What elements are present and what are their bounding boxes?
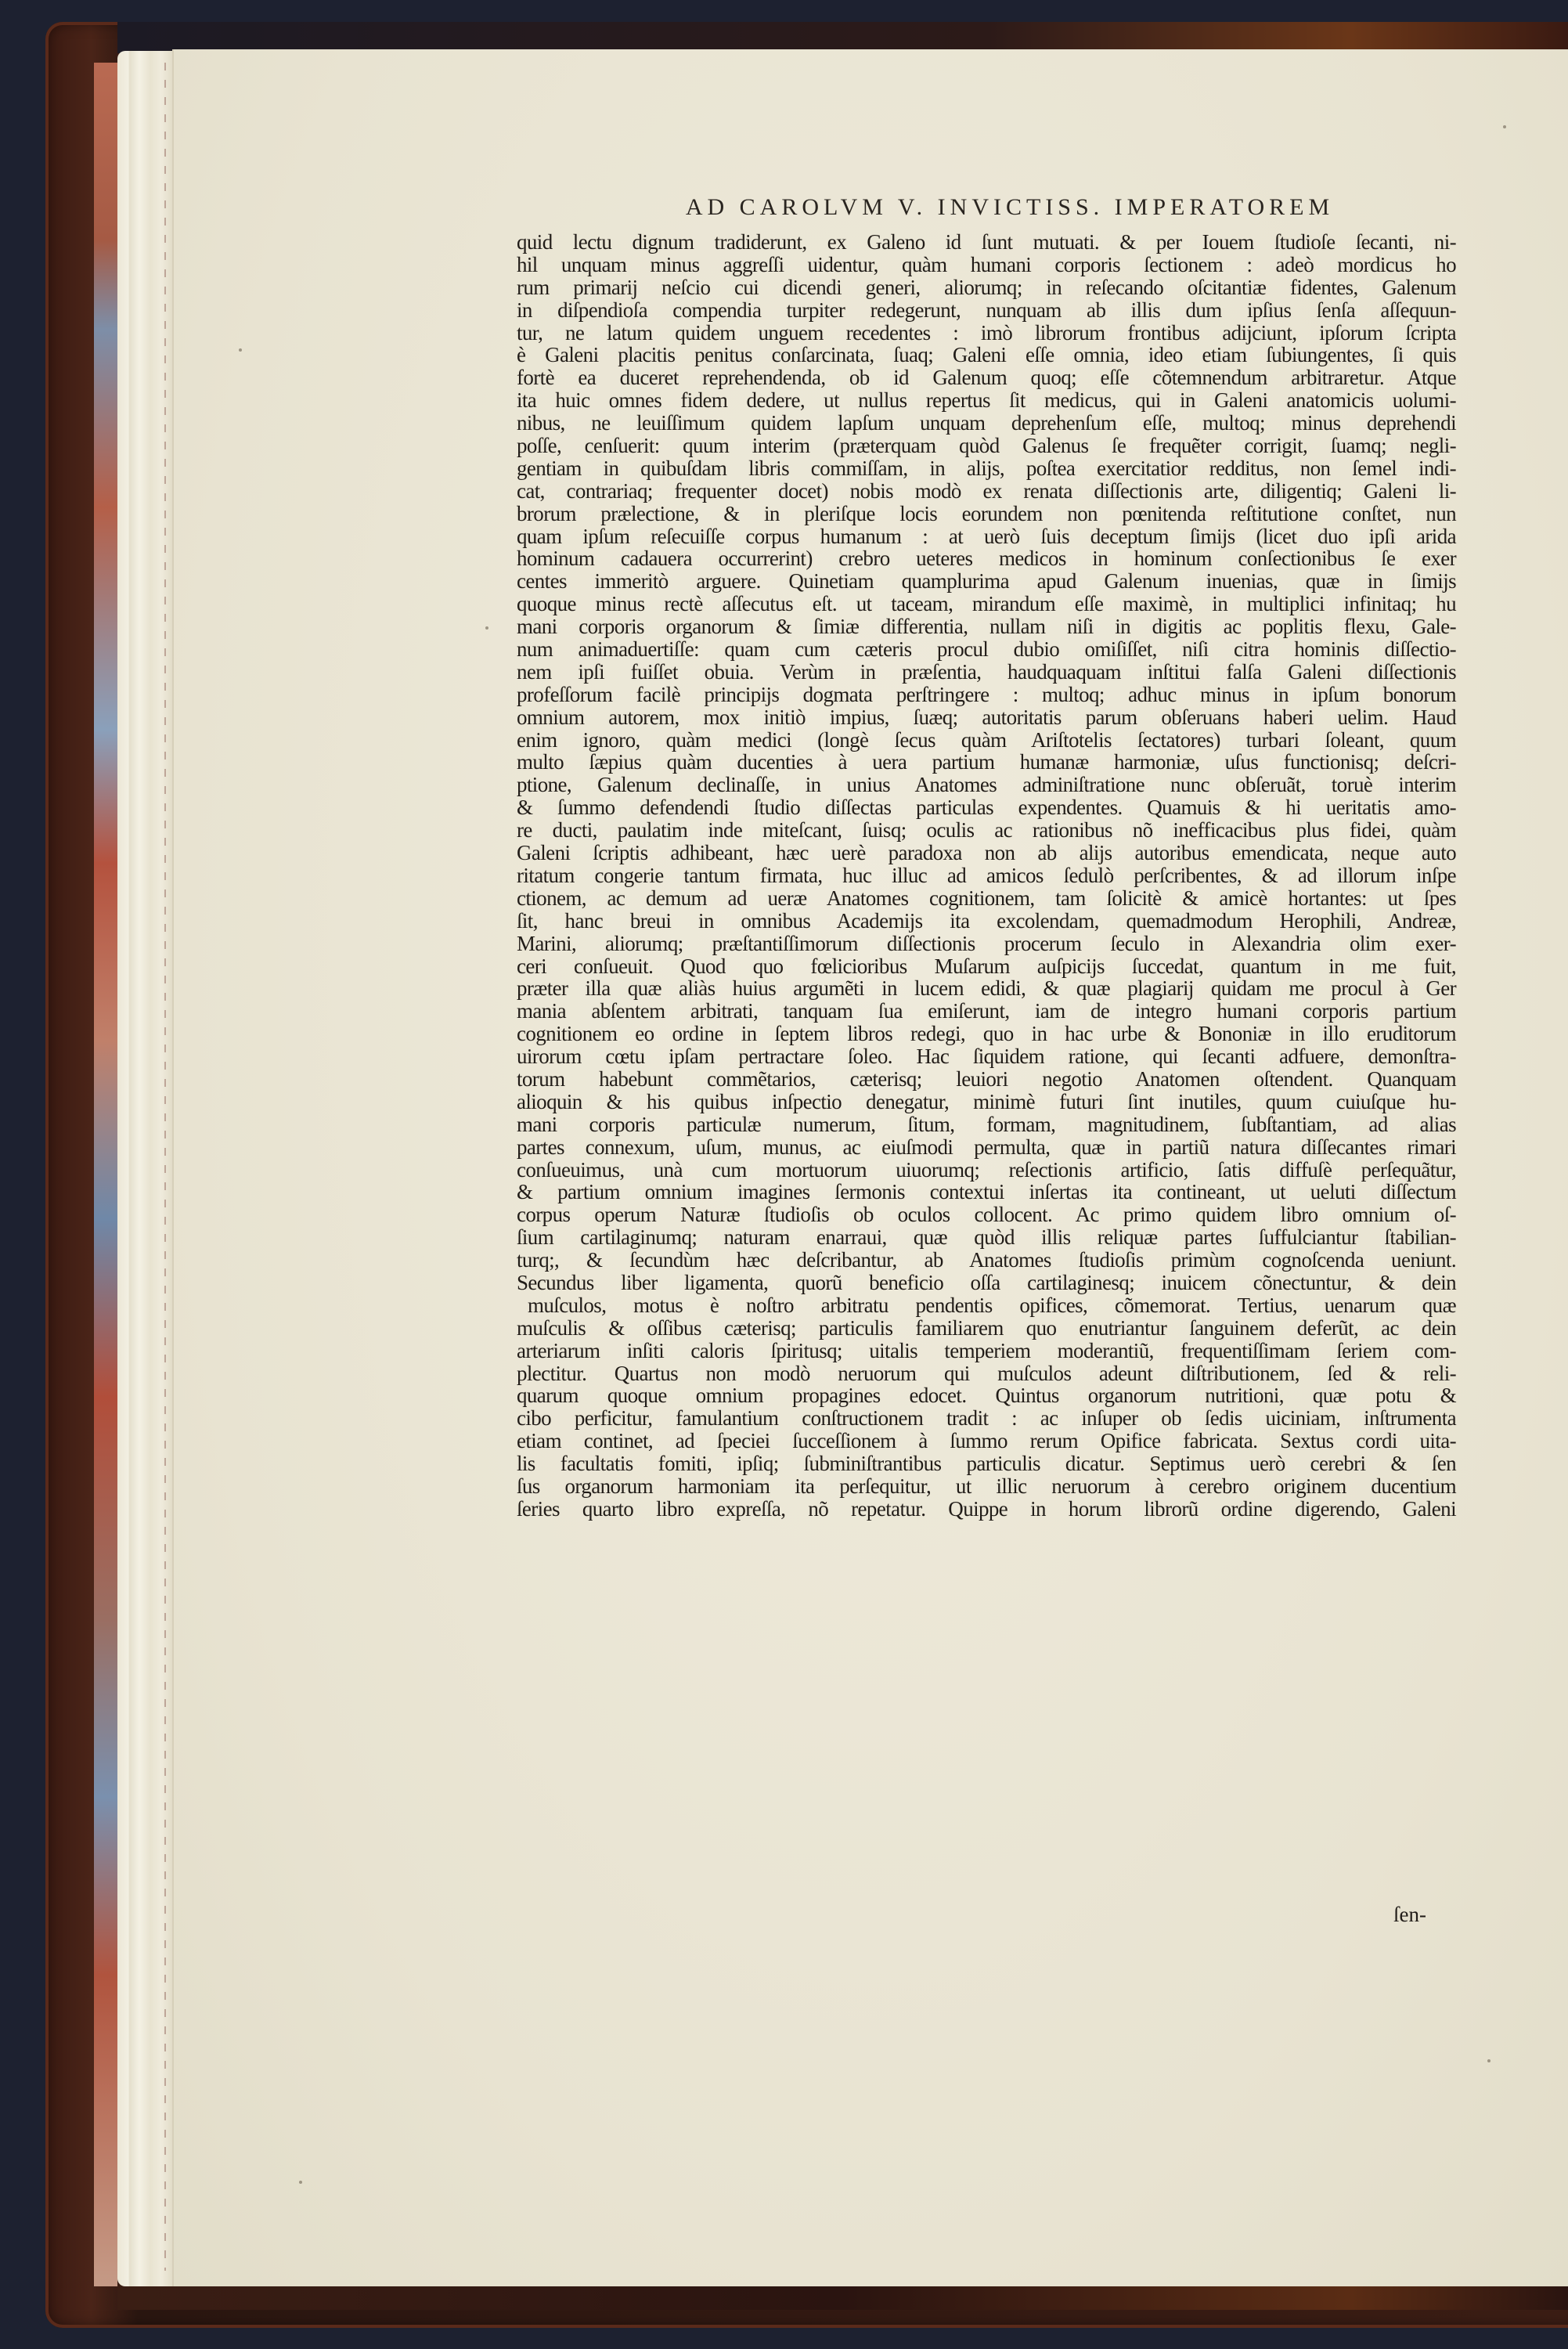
text-line: uirorum cœtu ipſam pertractare ſoleo. Ha…	[517, 1045, 1456, 1068]
text-line: cibo perficitur, famulantium conſtructio…	[517, 1407, 1456, 1430]
text-line: ritatum congerie tantum firmata, huc ill…	[517, 864, 1456, 887]
text-line: Galeni ſcriptis adhibeant, hæc uerè para…	[517, 842, 1456, 864]
catchword: ſen-	[1393, 1903, 1426, 1927]
body-text: quid lectu dignum tradiderunt, ex Galeno…	[517, 231, 1456, 1521]
text-line: cat, contrariaq; frequenter docet) nobis…	[517, 480, 1456, 503]
text-line: ſium cartilaginumq; naturam enarraui, qu…	[517, 1226, 1456, 1249]
binding-top-edge	[117, 22, 1568, 53]
text-line: lis facultatis fomiti, ipſiq; ſubminiſtr…	[517, 1452, 1456, 1475]
text-line: mania abſentem arbitrati, tanquam ſua em…	[517, 1000, 1456, 1023]
text-line: muſculos, motus è noſtro arbitratu pende…	[517, 1294, 1456, 1317]
text-line: tur, ne latum quidem unguem recedentes :…	[517, 322, 1456, 345]
text-line: mani corporis particulæ numerum, ſitum, …	[517, 1113, 1456, 1136]
text-line: brorum prælectione, & in pleriſque locis…	[517, 503, 1456, 525]
text-line: enim ignoro, quàm medici (longè ſecus qu…	[517, 729, 1456, 752]
text-line: torum habebunt commẽtarios, cæterisq; le…	[517, 1068, 1456, 1091]
text-line: ita huic omnes fidem dedere, ut nullus r…	[517, 389, 1456, 412]
text-line: Secundus liber ligamenta, quorũ benefici…	[517, 1272, 1456, 1294]
text-line: ctionem, ac demum ad ueræ Anatomes cogni…	[517, 887, 1456, 910]
text-line: muſculis & oſſibus cæterisq; particulis …	[517, 1317, 1456, 1340]
gutter-stitching	[164, 63, 166, 2271]
text-line: quarum quoque omnium propagines edocet. …	[517, 1384, 1456, 1407]
text-line: fortè ea duceret reprehendenda, ob id Ga…	[517, 366, 1456, 389]
text-line: omnium autorem, mox initiò impius, ſuæq;…	[517, 706, 1456, 729]
paper-speck	[1503, 125, 1506, 128]
text-line: nem ipſi fuiſſet obuia. Verùm in præſent…	[517, 661, 1456, 684]
text-line: ceri conſueuit. Quod quo fœlicioribus Mu…	[517, 955, 1456, 978]
paper-speck	[239, 348, 242, 352]
text-line: arteriarum inſiti caloris ſpiritusq; uit…	[517, 1340, 1456, 1362]
text-line: quoque minus rectè aſſecutus eſt. ut tac…	[517, 593, 1456, 615]
text-line: quam ipſum reſecuiſſe corpus humanum : a…	[517, 525, 1456, 548]
text-line: num animaduertiſſe: quam cum cæteris pro…	[517, 638, 1456, 661]
marbled-endpaper	[94, 63, 117, 2286]
paper-speck	[485, 626, 488, 630]
text-line: & ſummo defendendi ſtudio diſſectas part…	[517, 796, 1456, 819]
text-line: cognitionem eo ordine in ſeptem libros r…	[517, 1023, 1456, 1045]
text-line: alioquin & his quibus inſpectio denegatu…	[517, 1091, 1456, 1113]
text-line: ptione, Galenum declinaſſe, in unius Ana…	[517, 774, 1456, 796]
text-line: poſſe, cenſuerit: quum interim (præterqu…	[517, 435, 1456, 457]
text-line: profeſſorum facilè principijs dogmata pe…	[517, 684, 1456, 706]
text-line: re ducti, paulatim inde miteſcant, ſuisq…	[517, 819, 1456, 842]
text-line: ſus organorum harmoniam ita perſequitur,…	[517, 1475, 1456, 1498]
running-head: AD CAROLVM V. INVICTISS. IMPERATOREM	[642, 194, 1378, 221]
text-line: gentiam in quibuſdam libris commiſſam, i…	[517, 457, 1456, 480]
text-line: & partium omnium imagines ſermonis conte…	[517, 1181, 1456, 1203]
text-line: ſeries quarto libro expreſſa, nõ repetat…	[517, 1498, 1456, 1521]
text-line: plectitur. Quartus non modò neruorum qui…	[517, 1362, 1456, 1385]
text-line: quid lectu dignum tradiderunt, ex Galeno…	[517, 231, 1456, 254]
text-line: partes connexum, uſum, munus, ac eiuſmod…	[517, 1136, 1456, 1159]
text-line: mani corporis organorum & ſimiæ differen…	[517, 615, 1456, 638]
paper-speck	[1487, 2059, 1491, 2062]
text-line: multo ſæpius quàm ducenties à uera parti…	[517, 751, 1456, 774]
text-line: centes immeritò arguere. Quinetiam quamp…	[517, 570, 1456, 593]
text-line: turq;, & ſecundùm hæc deſcribantur, ab A…	[517, 1249, 1456, 1272]
text-line: nibus, ne leuiſſimum quidem lapſum unqua…	[517, 412, 1456, 435]
paper-speck	[299, 2181, 302, 2184]
text-line: præter illa quæ aliàs huius argumẽti in …	[517, 977, 1456, 1000]
text-line: rum primarij neſcio cui dicendi generi, …	[517, 276, 1456, 299]
text-line: hominum cadauera occurrerint) crebro uet…	[517, 547, 1456, 570]
text-line: etiam continet, ad ſpeciei ſucceſſionem …	[517, 1430, 1456, 1452]
text-line: è Galeni placitis penitus conſarcinata, …	[517, 344, 1456, 366]
text-line: ſit, hanc breui in omnibus Academijs ita…	[517, 910, 1456, 933]
text-line: Marini, aliorumq; præſtantiſſimorum diſſ…	[517, 933, 1456, 955]
text-line: conſueuimus, unà cum mortuorum uiuorumq;…	[517, 1159, 1456, 1182]
text-line: corpus operum Naturæ ſtudioſis ob oculos…	[517, 1203, 1456, 1226]
text-line: hil unquam minus aggreſſi uidentur, quàm…	[517, 254, 1456, 276]
text-line: in diſpendioſa compendia turpiter redege…	[517, 299, 1456, 322]
